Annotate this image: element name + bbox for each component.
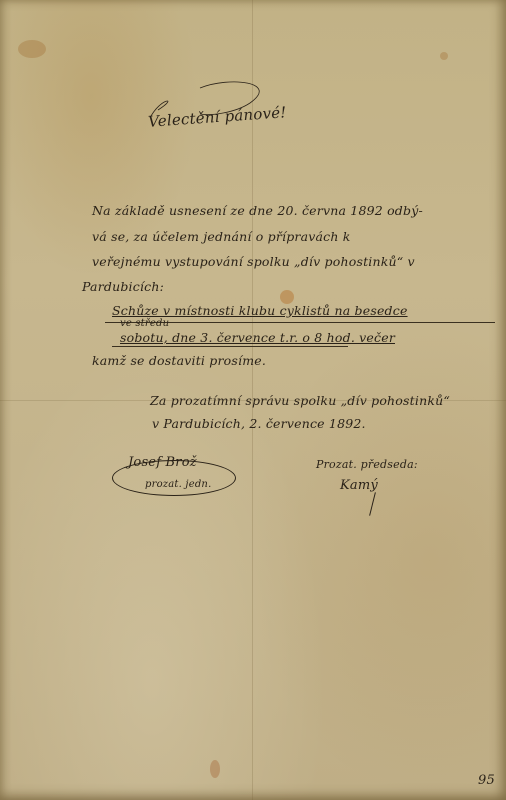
- paper-stain: [210, 760, 220, 778]
- body-line-2: vá se, za účelem jednání o přípravách k: [92, 229, 351, 244]
- body-line-5: Schůze v místnosti klubu cyklistů na bes…: [112, 303, 408, 318]
- body-line-6: sobotu, dne 3. července t.r. o 8 hod. ve…: [120, 330, 395, 345]
- letter-page: Velectění pánové! Na základě usnesení ze…: [0, 0, 506, 800]
- paper-stain: [440, 52, 448, 60]
- closing-line-2: v Pardubicích, 2. července 1892.: [152, 416, 366, 431]
- paper-stain: [18, 40, 46, 58]
- signature-right-title: Prozat. předseda:: [316, 458, 418, 471]
- body-line-3: veřejnému vystupování spolku „dív pohost…: [92, 254, 415, 269]
- paper-stain: [280, 290, 294, 304]
- body-line-4: Pardubicích:: [82, 279, 164, 294]
- body-line-7: kamž se dostaviti prosíme.: [92, 353, 266, 368]
- body-line-1: Na základě usnesení ze dne 20. června 18…: [92, 203, 423, 218]
- insertion-above-line: ve středu: [120, 318, 169, 329]
- signature-left-name: Josef Brož: [128, 455, 197, 470]
- signature-left-title: prozat. jedn.: [145, 479, 211, 490]
- underline-rule: [112, 346, 348, 347]
- page-number: 95: [478, 773, 495, 788]
- signature-right-name: Kamý: [340, 478, 378, 493]
- closing-line-1: Za prozatímní správu spolku „dív pohosti…: [150, 393, 450, 408]
- signature-tail-stroke: [369, 492, 376, 516]
